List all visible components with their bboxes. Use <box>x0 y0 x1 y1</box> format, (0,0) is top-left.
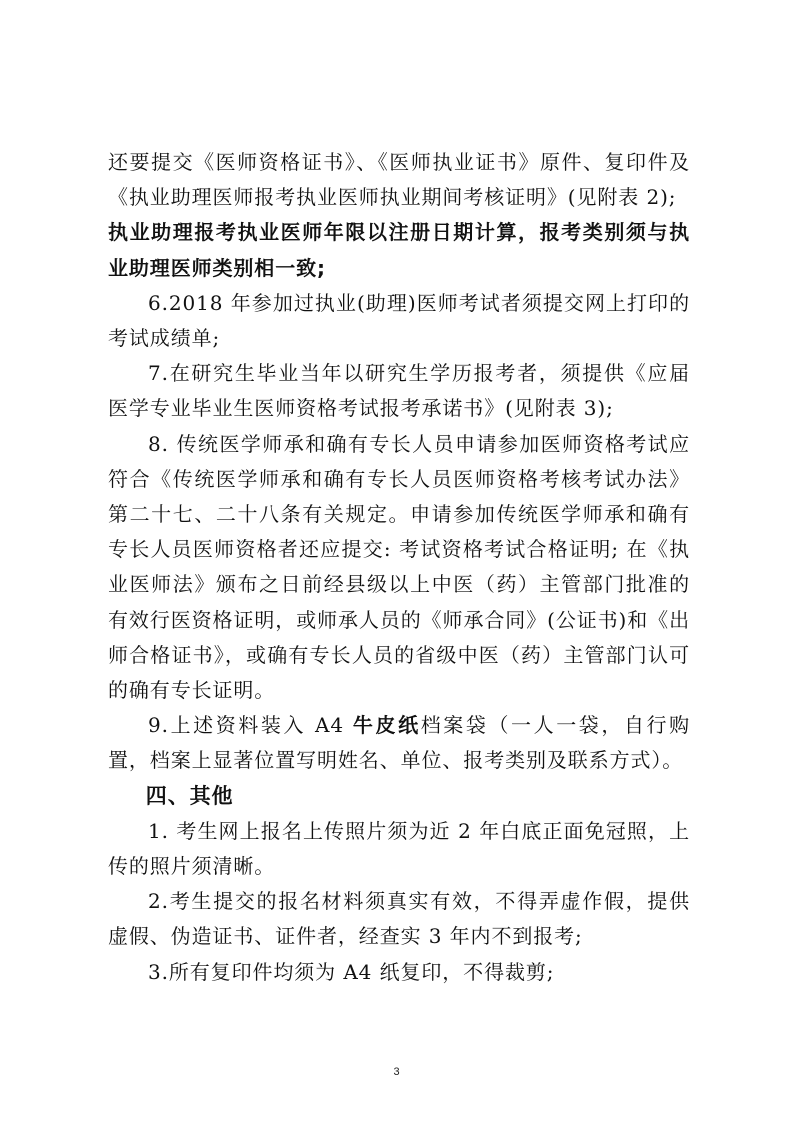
paragraph-assistant-years-note: 执业助理报考执业医师年限以注册日期计算，报考类别须与执业助理医师类别相一致; <box>108 215 690 285</box>
item-9-pre: 9.上述资料装入 A4 <box>148 713 353 737</box>
item-6-score-report: 6.2018 年参加过执业(助理)医师考试者须提交网上打印的考试成绩单; <box>108 286 690 356</box>
item-9-bold-kraft-paper: 牛皮纸 <box>353 713 421 737</box>
item-7-graduate-commitment: 7.在研究生毕业当年以研究生学历报考者，须提供《应届医学专业毕业生医师资格考试报… <box>108 356 690 426</box>
other-item-3-copies: 3.所有复印件均须为 A4 纸复印，不得裁剪; <box>108 955 690 990</box>
other-item-2-authenticity: 2.考生提交的报名材料须真实有效，不得弄虚作假，提供虚假、伪造证书、证件者，经查… <box>108 884 690 954</box>
other-item-1-photo: 1. 考生网上报名上传照片须为近 2 年白底正面免冠照，上传的照片须清晰。 <box>108 814 690 884</box>
page-number: 3 <box>0 1066 793 1078</box>
item-9-envelope: 9.上述资料装入 A4 牛皮纸档案袋（一人一袋，自行购置，档案上显著位置写明姓名… <box>108 708 690 778</box>
section-heading-other: 四、其他 <box>108 779 690 814</box>
document-body: 还要提交《医师资格证书》、《医师执业证书》原件、复印件及《执业助理医师报考执业医… <box>108 145 690 990</box>
paragraph-submit-certificates: 还要提交《医师资格证书》、《医师执业证书》原件、复印件及《执业助理医师报考执业医… <box>108 145 690 215</box>
item-8-traditional-medicine: 8. 传统医学师承和确有专长人员申请参加医师资格考试应符合《传统医学师承和确有专… <box>108 427 690 709</box>
